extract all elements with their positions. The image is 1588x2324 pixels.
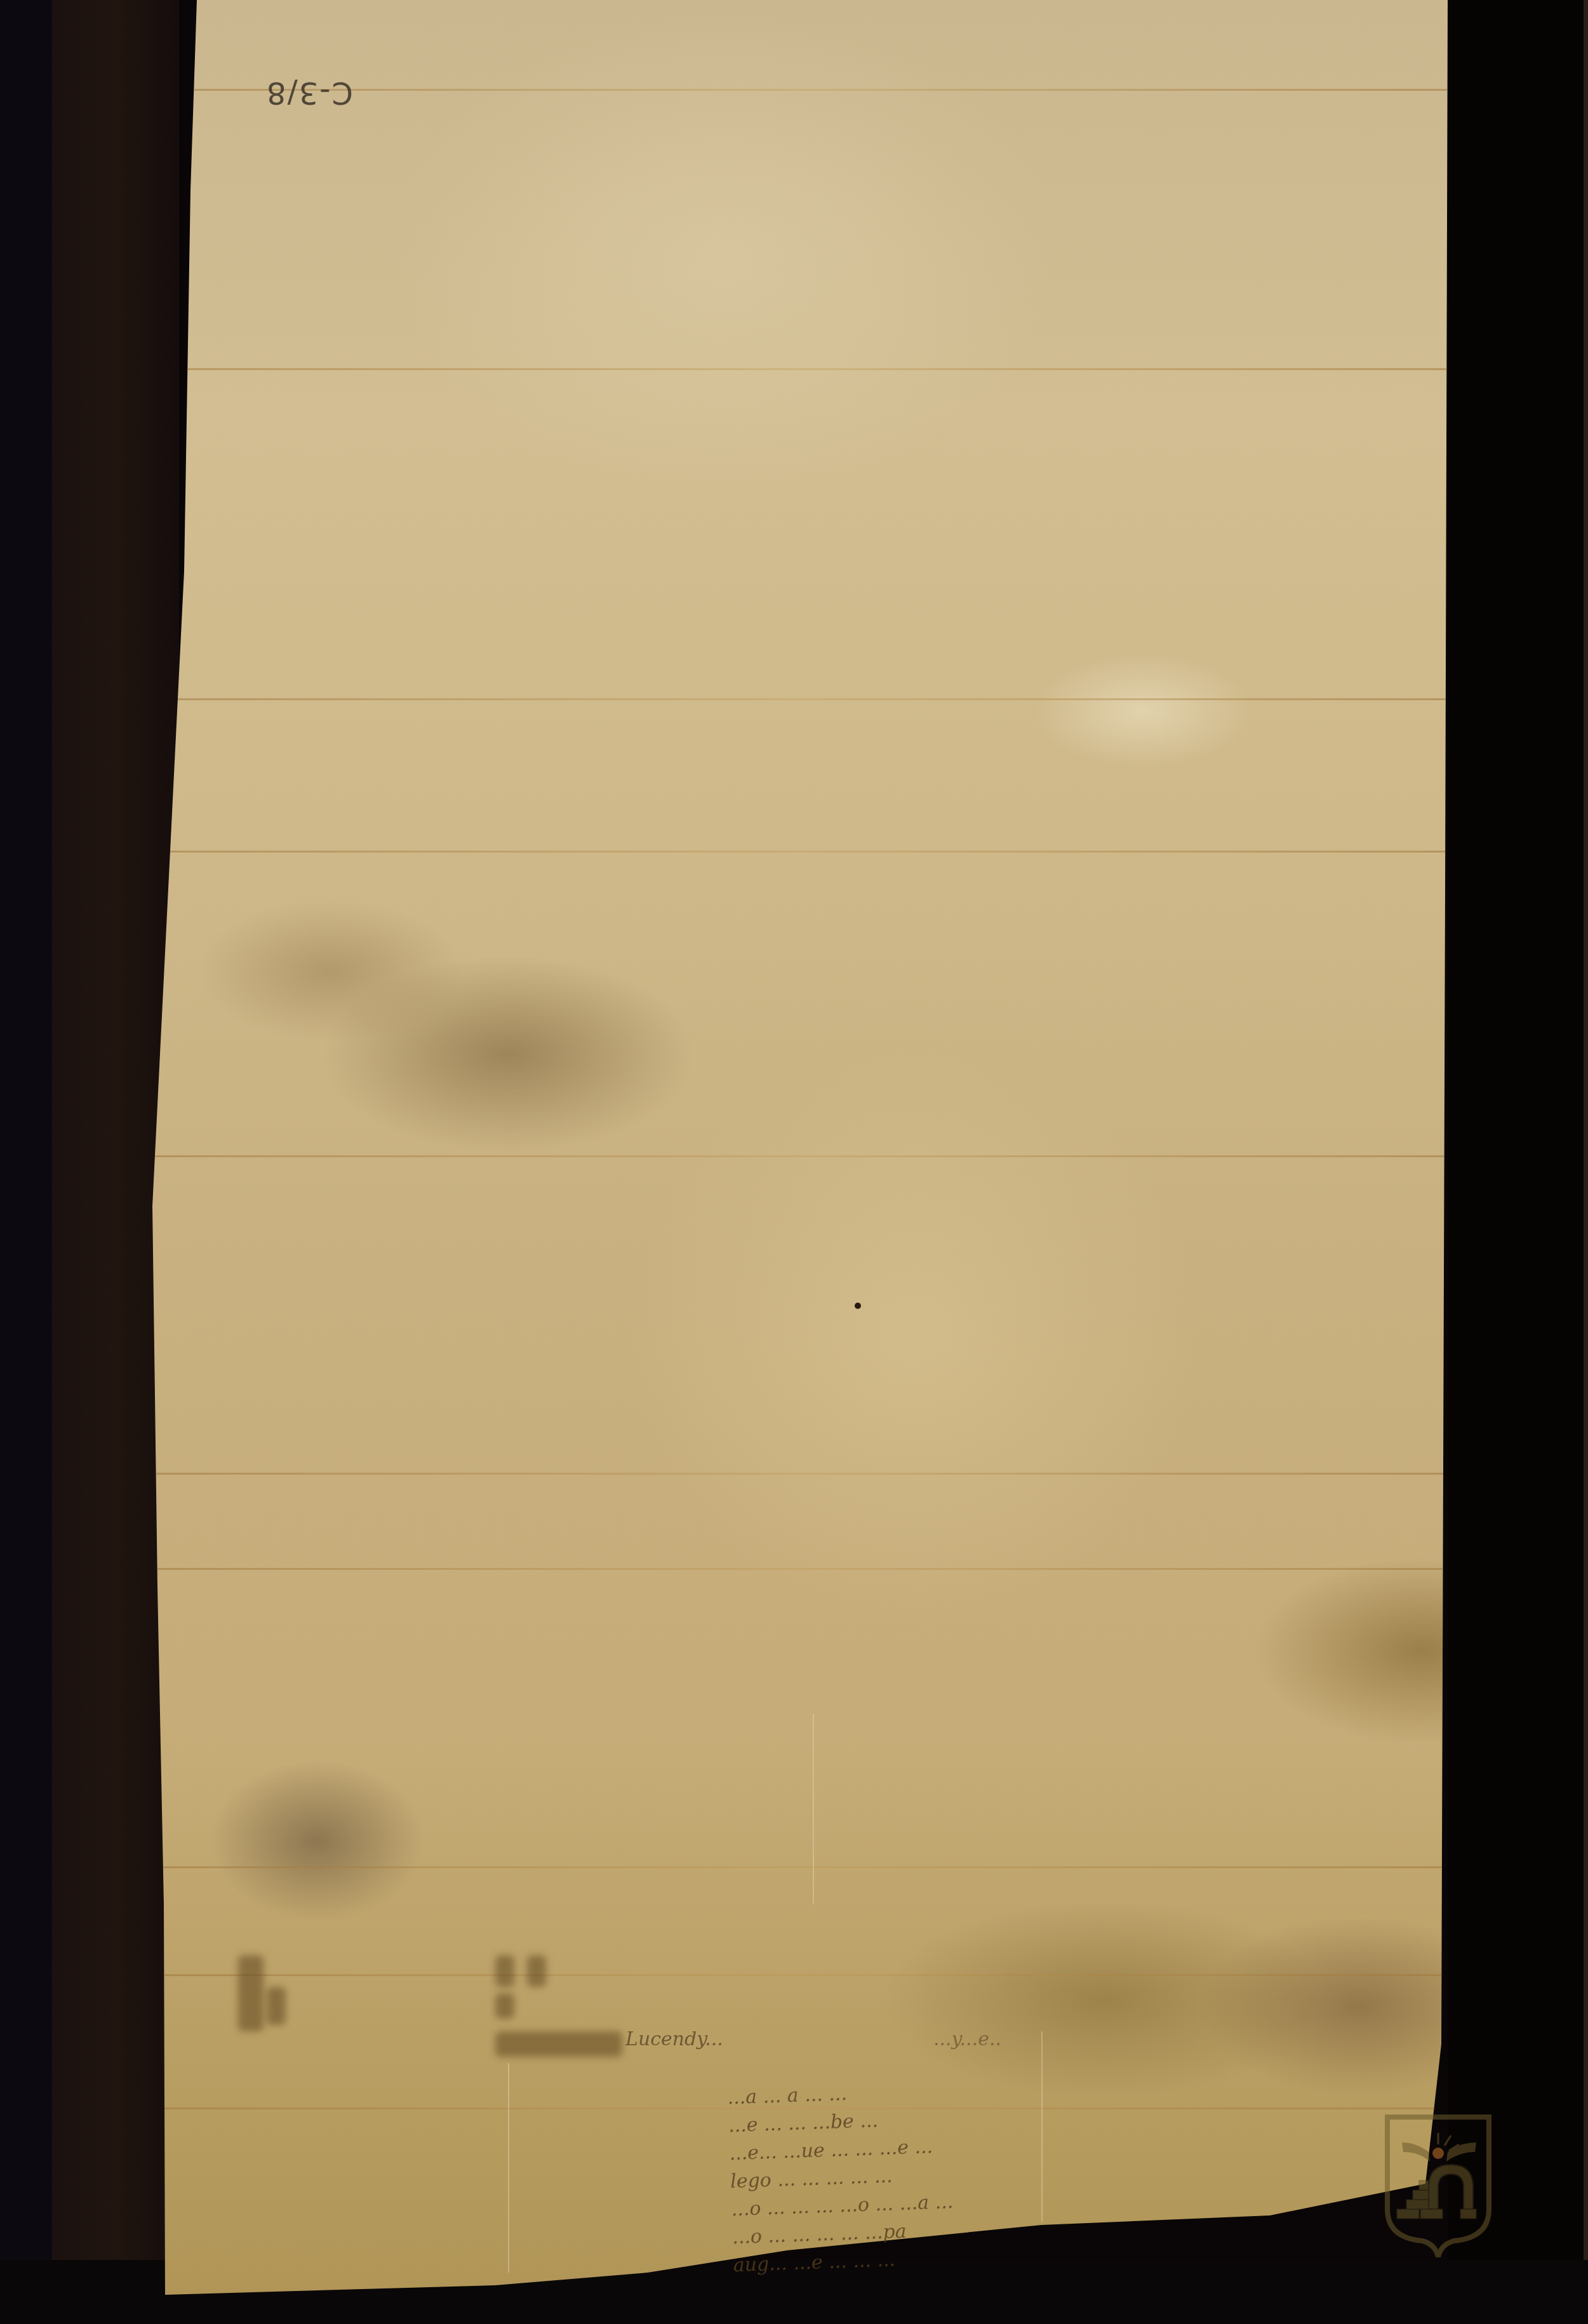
fold-line [152,1473,1448,1475]
parchment-sheet [152,0,1448,2298]
ink-blot [495,1993,514,2019]
ink-blot [238,1955,264,2031]
crease [508,2063,509,2273]
fold-line [152,1974,1448,1976]
ink-blot [267,1987,286,2025]
endorsement-header-right: ...y...e.. [933,2028,1001,2050]
fold-line [152,851,1448,853]
fold-line [152,1568,1448,1570]
shield-arch-sun-icon [1384,2114,1492,2260]
crease [813,1714,814,1904]
endorsement-text: ...a ... a ... ... ...e ... ... ...be ..… [727,2068,1216,2280]
ink-blot [527,1955,546,1987]
fold-line [152,1866,1448,1868]
endorsement-header: Lucendy... [625,2028,723,2050]
fold-line [152,368,1448,370]
archival-shelfmark: C-3/8 [265,75,353,110]
scan-background-right [1448,0,1588,2324]
fold-line [152,698,1448,700]
fold-line [152,1155,1448,1157]
hole-spot [855,1303,861,1309]
ink-blot [495,2031,622,2057]
scan-frame-edge [1584,0,1588,2324]
ink-blot [495,1955,514,1987]
scan-background-left [0,0,52,2324]
